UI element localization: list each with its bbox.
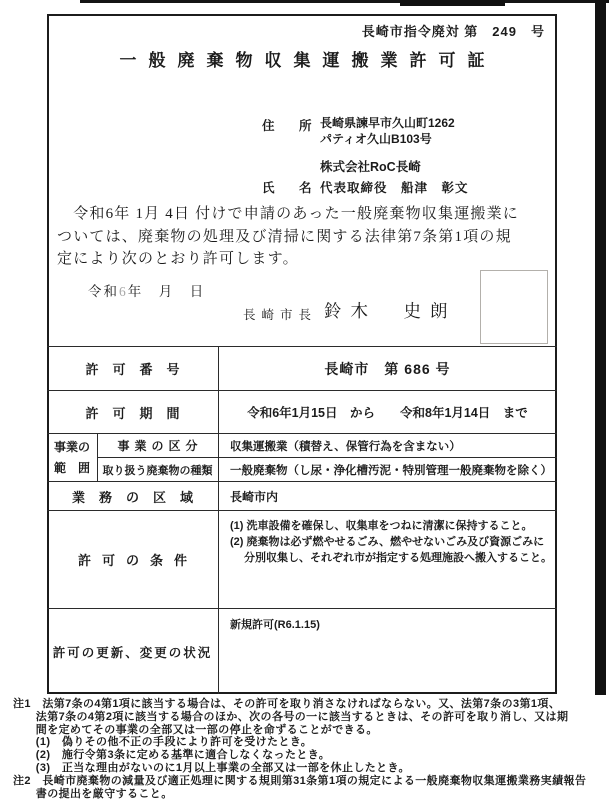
service-area-value: 長崎市内 [230,482,557,510]
issue-date-year-faded: 6 [119,284,128,299]
representative-name: 代表取締役 船津 彰文 [320,178,469,196]
scan-artifact-right-edge [595,0,606,695]
business-category-value: 収集運搬業（積替え、保管行為を含まない） [230,434,557,457]
permit-period-label: 許可期間 [47,391,218,433]
scan-artifact-top-edge [80,0,609,3]
permit-number-label: 許可番号 [47,347,218,390]
renewal-status-value: 新規許可(R6.1.15) [230,616,557,632]
renewal-status-label: 許可の更新、変更の状況 [47,609,218,694]
footnotes: 注1 法第7条の4第1項に該当する場合は、その許可を取り消さなければならない。又… [13,698,599,800]
business-scope-group-label: 事業の 範 囲 [47,434,97,481]
mayor-title: 長崎市長 [243,305,317,323]
company-name: 株式会社RoC長崎 [320,157,421,175]
mayor-name: 鈴木 史朗 [324,298,457,323]
waste-type-value: 一般廃棄物（し尿・浄化槽汚泥・特別管理一般廃棄物を除く） [230,458,557,481]
permit-certificate-page: { "header": { "doc_number": "長崎市指令廃対 第 2… [0,0,609,807]
service-area-label: 業務の区域 [47,482,218,510]
issue-date-line: 令和6年 月 日 [88,280,205,300]
issue-date-era: 令和 [88,284,119,299]
address-value: 長崎県諫早市久山町1262 パティオ久山B103号 [320,115,455,147]
document-reference-number: 長崎市指令廃対 第 249 号 [362,21,545,40]
certificate-title: 一般廃棄物収集運搬業許可証 [47,46,557,71]
scan-artifact-top-smudge [400,0,505,6]
grant-statement-paragraph: 令和6年 1月 4日 付けで申請のあった一般廃棄物収集運搬業に ついては、廃棄物… [57,203,577,271]
permit-period-value: 令和6年1月15日 から 令和8年1月14日 まで [218,391,557,433]
issue-date-suffix: 年 月 日 [128,284,206,299]
conditions-label: 許可の条件 [47,511,218,608]
name-label: 氏 名 [262,178,318,196]
permit-number-value: 長崎市 第 686 号 [218,347,557,390]
business-category-label: 事業の区分 [97,434,218,457]
conditions-value: (1) 洗車設備を確保し、収集車をつねに清潔に保持すること。 (2) 廃棄物は必… [230,518,557,606]
address-label: 住 所 [262,116,318,134]
official-seal-faint [480,270,548,344]
waste-type-label: 取り扱う廃棄物の種類 [97,458,218,481]
